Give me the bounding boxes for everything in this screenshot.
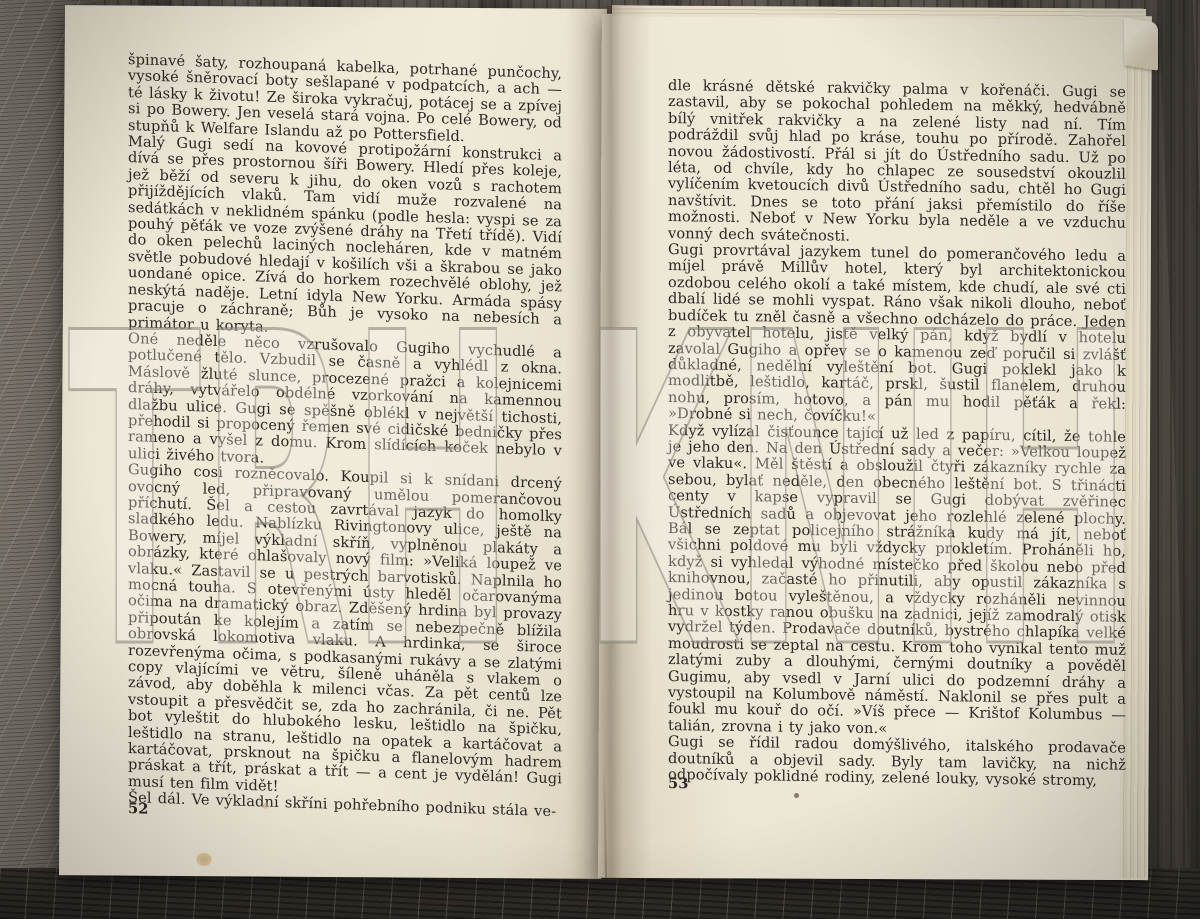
photo-vignette <box>0 0 1200 919</box>
book-photo-scene: špinavé šaty, rozhoupaná kabelka, potrha… <box>0 0 1200 919</box>
